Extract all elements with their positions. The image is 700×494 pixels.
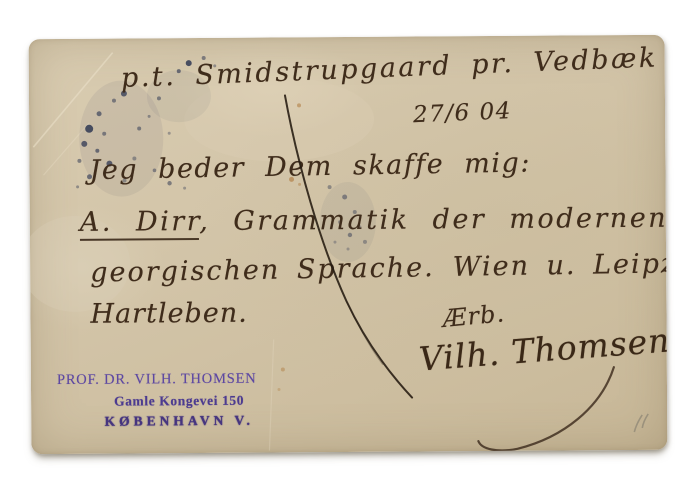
signature-flourish	[478, 367, 615, 451]
sender-stamp: PROF. DR. VILH. THOMSEN Gamle Kongevei 1…	[57, 370, 301, 430]
date-line: 27/6 04	[413, 98, 513, 128]
diagonal-pen-stroke	[285, 95, 412, 399]
request-line: Jeg beder Dem skaffe mig:	[89, 147, 531, 186]
postcard: p.t. Smidstrupgaard pr. Vedbæk 27/6 04 J…	[29, 35, 668, 454]
stamp-name-line: PROF. DR. VILH. THOMSEN	[57, 370, 301, 389]
publisher-city: Wien u. Leipzig,	[452, 248, 667, 283]
diagonal-pen-stroke-fade	[346, 301, 382, 365]
book-line: A. Dirr, Grammatik der modernen	[80, 203, 668, 238]
photo-background: p.t. Smidstrupgaard pr. Vedbæk 27/6 04 J…	[0, 0, 700, 494]
publisher-line: Hartleben.	[90, 298, 247, 330]
foxing-specks	[276, 103, 304, 391]
pencil-mark	[634, 414, 648, 432]
book-author: A. Dirr	[80, 206, 200, 241]
stamp-city-line: KØBENHAVN V.	[57, 412, 301, 430]
book-title: , Grammatik der modernen	[199, 203, 667, 237]
stamp-street-line: Gamle Kongevei 150	[57, 392, 301, 410]
closing-line: Ærb.	[441, 299, 506, 333]
book-line-2: georgischen Sprache.Wien u. Leipzig,	[90, 248, 667, 289]
location-line: p.t. Smidstrupgaard pr. Vedbæk	[120, 42, 658, 94]
book-title-continued: georgischen Sprache.	[90, 252, 435, 288]
